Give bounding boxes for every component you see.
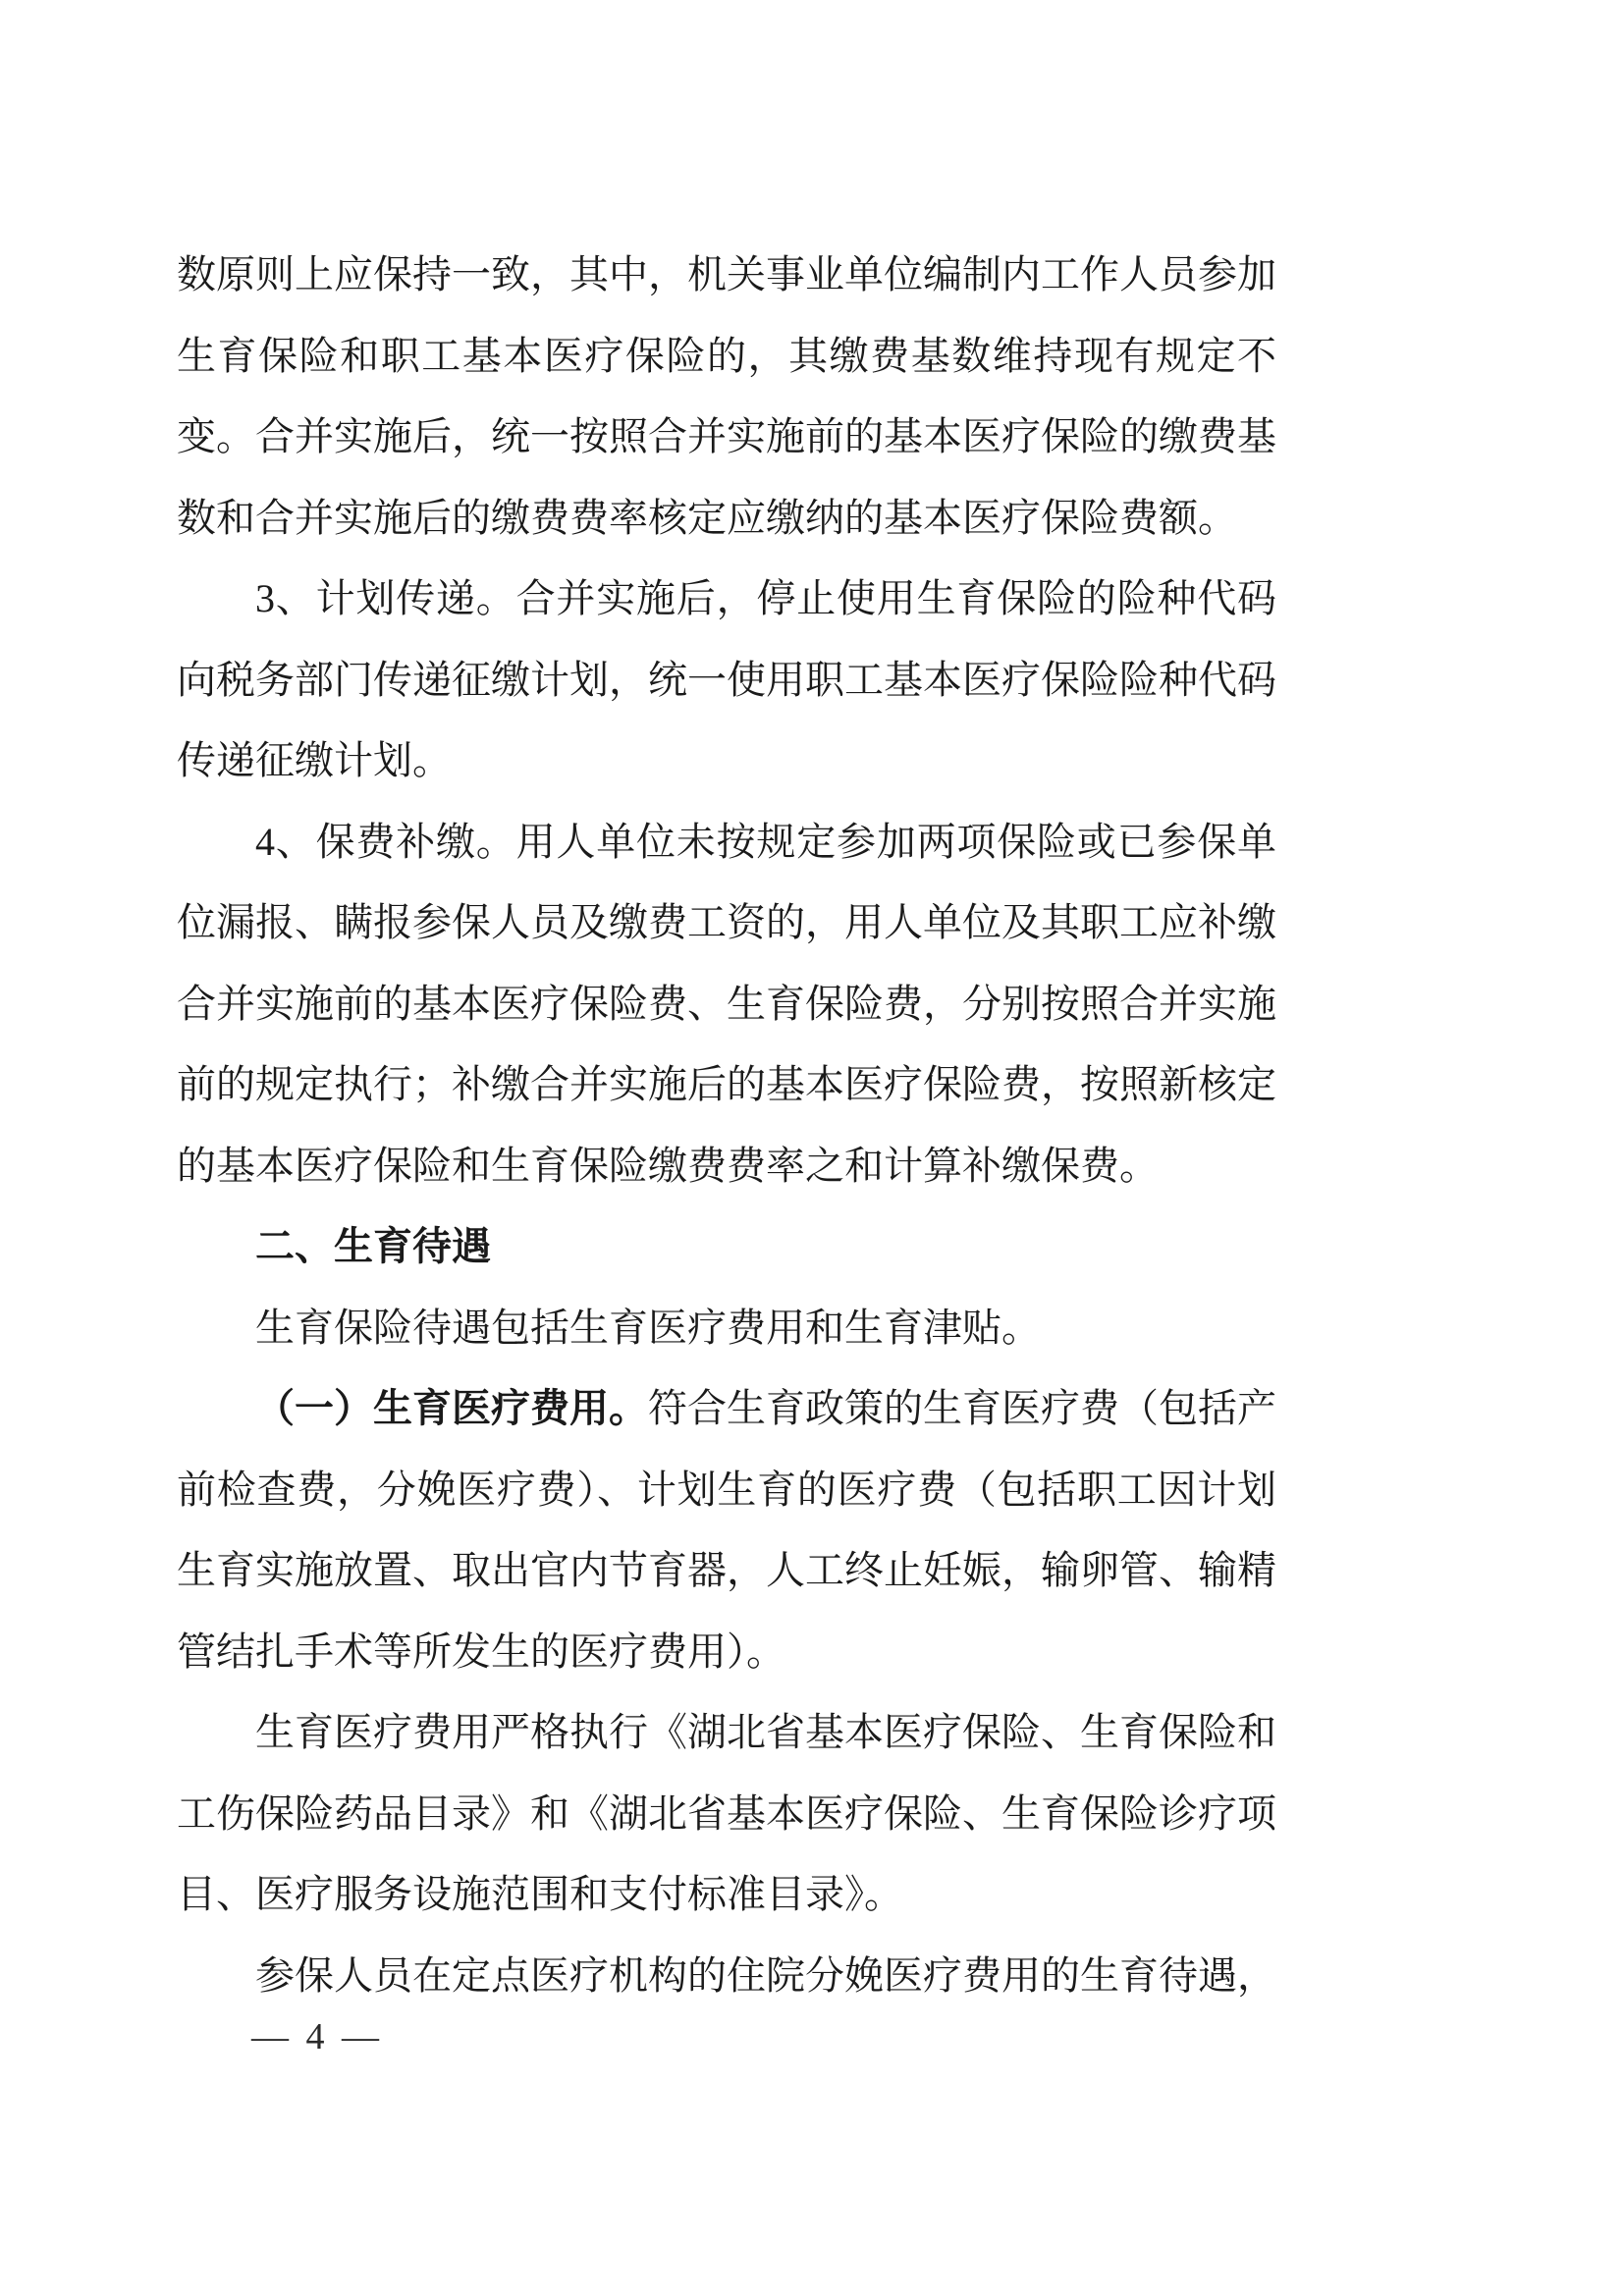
text-line: 管结扎手术等所发生的医疗费用）。 (177, 1612, 1276, 1693)
text-line: 的基本医疗保险和生育保险缴费费率之和计算补缴保费。 (177, 1126, 1276, 1207)
text-run: 生育保险和职工基本医疗保险的，其缴费基数维持现有规定不 (177, 334, 1276, 378)
text-line: 位漏报、瞒报参保人员及缴费工资的，用人单位及其职工应补缴 (177, 882, 1276, 964)
text-run: 目、医疗服务设施范围和支付标准目录》。 (177, 1872, 903, 1916)
text-run: 向税务部门传递征缴计划，统一使用职工基本医疗保险险种代码 (177, 658, 1276, 702)
text-run: 生育医疗费用严格执行《湖北省基本医疗保险、生育保险和 (255, 1710, 1276, 1754)
text-line: 变。合并实施后，统一按照合并实施前的基本医疗保险的缴费基 (177, 397, 1276, 478)
text-line: 生育保险和职工基本医疗保险的，其缴费基数维持现有规定不 (177, 316, 1276, 398)
text-line: 3、计划传递。合并实施后，停止使用生育保险的险种代码 (177, 559, 1276, 640)
bold-text-run: （一）生育医疗费用。 (255, 1387, 648, 1430)
text-line: 4、保费补缴。用人单位未按规定参加两项保险或已参保单 (177, 802, 1276, 883)
bold-text-run: 二、生育待遇 (255, 1225, 491, 1268)
text-run: 前检查费，分娩医疗费）、计划生育的医疗费（包括职工因计划 (177, 1468, 1276, 1512)
text-run: 参保人员在定点医疗机构的住院分娩医疗费用的生育待遇， (255, 1953, 1276, 1998)
text-line: 生育医疗费用严格执行《湖北省基本医疗保险、生育保险和 (177, 1692, 1276, 1774)
text-run: 合并实施前的基本医疗保险费、生育保险费，分别按照合并实施 (177, 982, 1276, 1026)
text-run: 4、保费补缴。用人单位未按规定参加两项保险或已参保单 (255, 820, 1276, 864)
text-run: 前的规定执行；补缴合并实施后的基本医疗保险费，按照新核定 (177, 1062, 1276, 1106)
page-number: — 4 — (251, 2014, 383, 2059)
text-line: 生育实施放置、取出官内节育器，人工终止妊娠，输卵管、输精 (177, 1530, 1276, 1612)
text-run: 数和合并实施后的缴费费率核定应缴纳的基本医疗保险费额。 (177, 496, 1237, 540)
text-line: 合并实施前的基本医疗保险费、生育保险费，分别按照合并实施 (177, 964, 1276, 1045)
text-line: 数和合并实施后的缴费费率核定应缴纳的基本医疗保险费额。 (177, 478, 1276, 560)
text-line: 传递征缴计划。 (177, 721, 1276, 802)
text-line: 生育保险待遇包括生育医疗费用和生育津贴。 (177, 1288, 1276, 1369)
document-body: 数原则上应保持一致，其中，机关事业单位编制内工作人员参加生育保险和职工基本医疗保… (177, 235, 1276, 2016)
text-run: 管结扎手术等所发生的医疗费用）。 (177, 1629, 785, 1674)
text-run: 工伤保险药品目录》和《湖北省基本医疗保险、生育保险诊疗项 (177, 1791, 1276, 1836)
text-run: 符合生育政策的生育医疗费（包括产 (648, 1386, 1276, 1430)
text-run: 变。合并实施后，统一按照合并实施前的基本医疗保险的缴费基 (177, 414, 1276, 458)
text-run: 位漏报、瞒报参保人员及缴费工资的，用人单位及其职工应补缴 (177, 900, 1276, 944)
text-run: 生育保险待遇包括生育医疗费用和生育津贴。 (255, 1306, 1041, 1350)
text-run: 的基本医疗保险和生育保险缴费费率之和计算补缴保费。 (177, 1144, 1159, 1188)
document-page: 数原则上应保持一致，其中，机关事业单位编制内工作人员参加生育保险和职工基本医疗保… (0, 0, 1623, 2296)
text-run: 数原则上应保持一致，其中，机关事业单位编制内工作人员参加 (177, 252, 1276, 296)
text-run: 传递征缴计划。 (177, 738, 452, 782)
text-line: 目、医疗服务设施范围和支付标准目录》。 (177, 1854, 1276, 1936)
section-heading: 二、生育待遇 (177, 1206, 1276, 1288)
text-run: 3、计划传递。合并实施后，停止使用生育保险的险种代码 (255, 576, 1276, 620)
text-line: 向税务部门传递征缴计划，统一使用职工基本医疗保险险种代码 (177, 640, 1276, 721)
text-line: 工伤保险药品目录》和《湖北省基本医疗保险、生育保险诊疗项 (177, 1774, 1276, 1855)
text-line: （一）生育医疗费用。符合生育政策的生育医疗费（包括产 (177, 1368, 1276, 1450)
text-line: 参保人员在定点医疗机构的住院分娩医疗费用的生育待遇， (177, 1936, 1276, 2017)
text-line: 前的规定执行；补缴合并实施后的基本医疗保险费，按照新核定 (177, 1044, 1276, 1126)
text-line: 数原则上应保持一致，其中，机关事业单位编制内工作人员参加 (177, 235, 1276, 316)
text-line: 前检查费，分娩医疗费）、计划生育的医疗费（包括职工因计划 (177, 1450, 1276, 1531)
text-run: 生育实施放置、取出官内节育器，人工终止妊娠，输卵管、输精 (177, 1548, 1276, 1592)
